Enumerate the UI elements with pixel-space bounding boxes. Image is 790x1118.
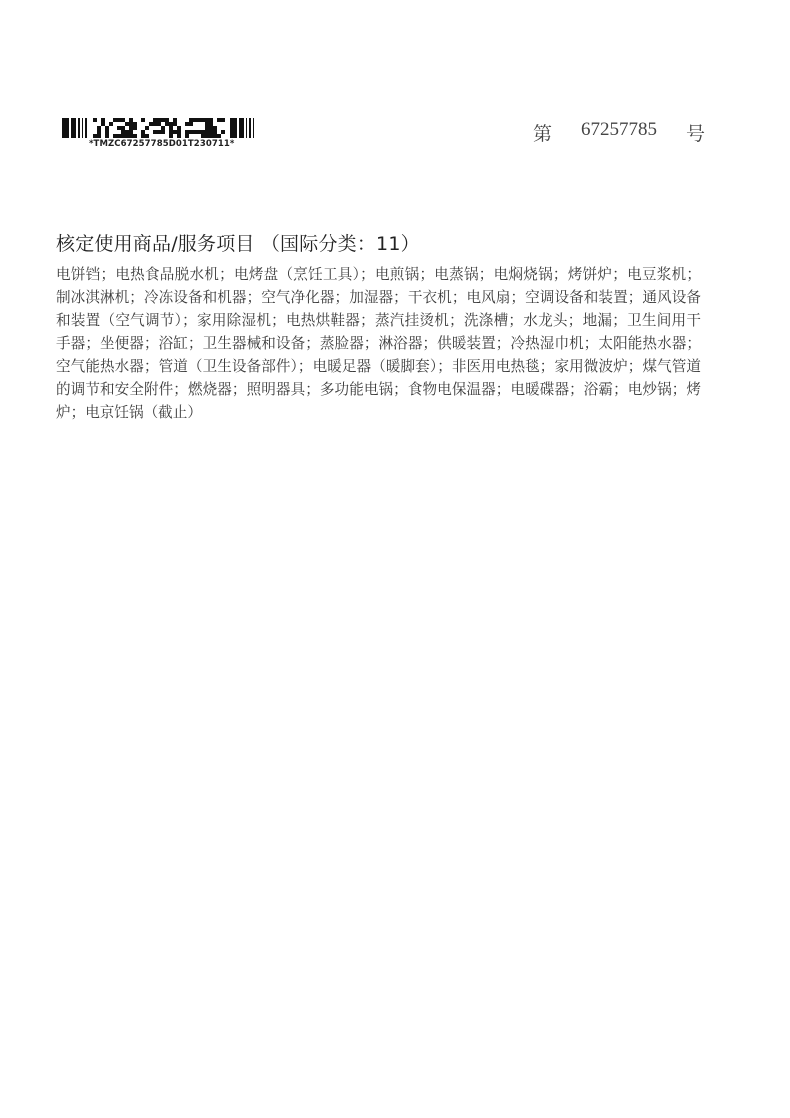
barcode-end-bars <box>227 118 255 138</box>
registration-prefix: 第 <box>533 119 552 146</box>
registration-number-value: 67257785 <box>581 119 657 146</box>
barcode-start-bars <box>62 118 91 138</box>
registration-number: 第 67257785 号 <box>533 119 705 146</box>
barcode-caption: *TMZC67257785D01T230711* <box>62 139 252 149</box>
section-title: 核定使用商品/服务项目 （国际分类：11） <box>56 229 420 256</box>
barcode-graphic <box>62 118 252 138</box>
barcode-data-matrix <box>93 118 225 138</box>
registration-suffix: 号 <box>686 119 705 146</box>
goods-list: 电饼铛；电热食品脱水机；电烤盘（烹饪工具）；电煎锅；电蒸锅；电焖烧锅；烤饼炉；电… <box>56 263 701 424</box>
barcode: *TMZC67257785D01T230711* <box>62 118 252 149</box>
